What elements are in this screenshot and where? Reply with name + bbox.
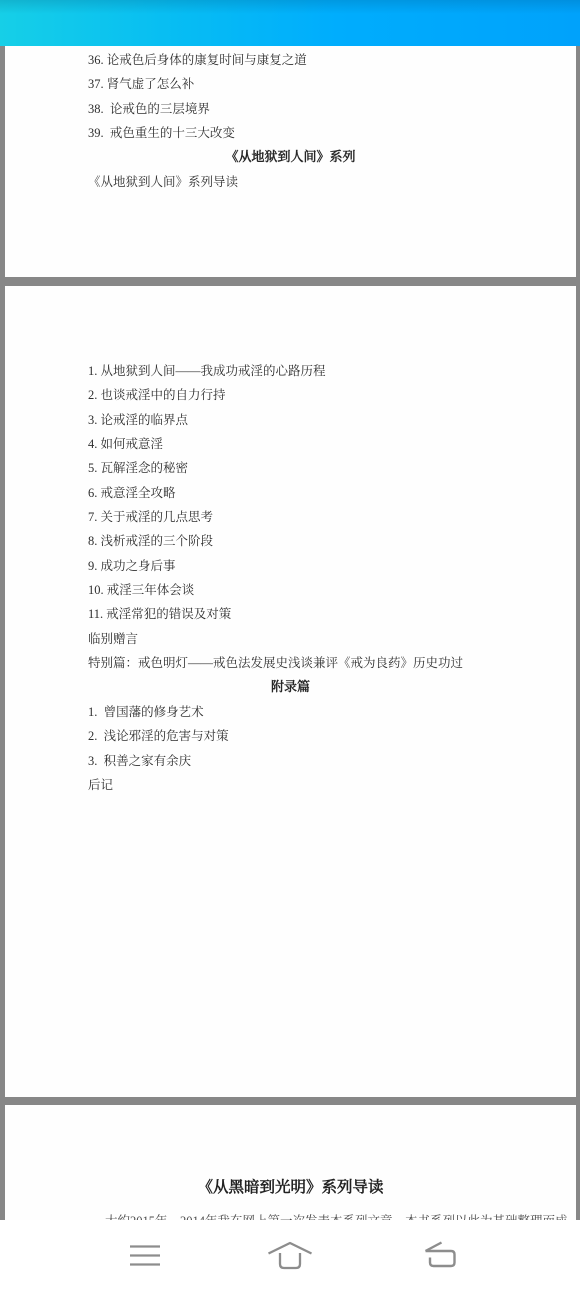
toc-item: 8. 浅析戒淫的三个阶段 <box>5 529 576 553</box>
toc-item: 11. 戒淫常犯的错误及对策 <box>5 602 576 626</box>
status-bar <box>0 0 580 46</box>
toc-item: 5. 瓦解淫念的秘密 <box>5 456 576 480</box>
toc-item: 37. 肾气虚了怎么补 <box>5 72 576 96</box>
toc-item: 36. 论戒色后身体的康复时间与康复之道 <box>5 48 576 72</box>
appendix-item: 1. 曾国藩的修身艺术 <box>5 700 576 724</box>
menu-icon <box>129 1245 161 1266</box>
toc-item: 3. 论戒淫的临界点 <box>5 408 576 432</box>
back-button[interactable] <box>414 1231 470 1279</box>
toc-item: 39. 戒色重生的十三大改变 <box>5 121 576 145</box>
home-icon <box>267 1241 313 1270</box>
home-button[interactable] <box>262 1231 318 1279</box>
toc-item: 4. 如何戒意淫 <box>5 432 576 456</box>
phone-screen: 36. 论戒色后身体的康复时间与康复之道 37. 肾气虚了怎么补 38. 论戒色… <box>0 0 580 1289</box>
toc-item: 1. 从地狱到人间——我成功戒淫的心路历程 <box>5 359 576 383</box>
series-intro-item: 《从地狱到人间》系列导读 <box>5 170 576 194</box>
page-3: 《从黑暗到光明》系列导读 大约2015年。2014年我在网上第一次发表本系列文章… <box>5 1105 576 1220</box>
back-icon <box>424 1241 460 1269</box>
toc-item: 10. 戒淫三年体会谈 <box>5 578 576 602</box>
menu-button[interactable] <box>117 1231 173 1279</box>
clipped-paragraph: 大约2015年。2014年我在网上第一次发表本系列文章，本书系列以此为基础整理而… <box>5 1209 576 1220</box>
appendix-title: 附录篇 <box>5 675 576 699</box>
document-scroll-area[interactable]: 36. 论戒色后身体的康复时间与康复之道 37. 肾气虚了怎么补 38. 论戒色… <box>0 46 580 1220</box>
appendix-item: 2. 浅论邪淫的危害与对策 <box>5 724 576 748</box>
toc-item: 38. 论戒色的三层境界 <box>5 97 576 121</box>
series-title: 《从黑暗到光明》系列导读 <box>5 1175 576 1201</box>
android-navigation-bar <box>0 1220 580 1289</box>
page-2: 1. 从地狱到人间——我成功戒淫的心路历程 2. 也谈戒淫中的自力行持 3. 论… <box>5 286 576 1097</box>
toc-item: 6. 戒意淫全攻略 <box>5 481 576 505</box>
toc-item: 9. 成功之身后事 <box>5 554 576 578</box>
toc-item: 特别篇：戒色明灯——戒色法发展史浅谈兼评《戒为良药》历史功过 <box>5 651 576 675</box>
toc-item: 临别赠言 <box>5 627 576 651</box>
page-1: 36. 论戒色后身体的康复时间与康复之道 37. 肾气虚了怎么补 38. 论戒色… <box>5 46 576 277</box>
toc-item: 7. 关于戒淫的几点思考 <box>5 505 576 529</box>
appendix-item: 3. 积善之家有余庆 <box>5 749 576 773</box>
series-title: 《从地狱到人间》系列 <box>5 145 576 169</box>
toc-item: 2. 也谈戒淫中的自力行持 <box>5 383 576 407</box>
closing-item: 后记 <box>5 773 576 797</box>
